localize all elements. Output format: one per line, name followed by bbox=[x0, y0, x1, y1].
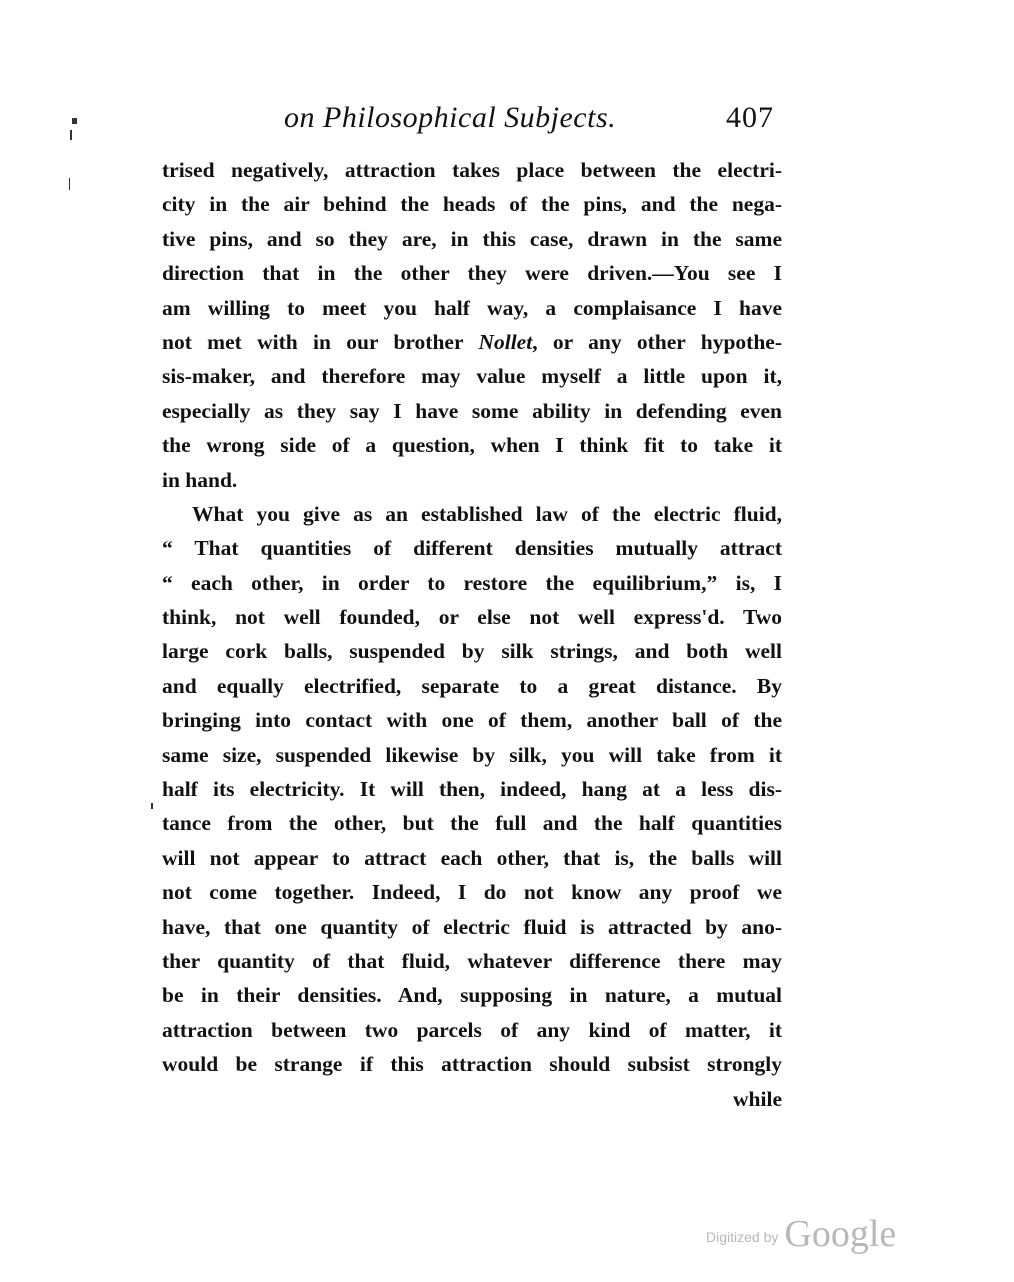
text-line: am willing to meet you half way, a compl… bbox=[162, 291, 782, 325]
margin-speck bbox=[72, 118, 77, 124]
margin-speck bbox=[151, 803, 153, 809]
text-fragment: , or any other hypothe- bbox=[532, 330, 782, 354]
google-logo-text: Google bbox=[784, 1213, 896, 1255]
text-line: large cork balls, suspended by silk stri… bbox=[162, 634, 782, 668]
text-line: would be strange if this attraction shou… bbox=[162, 1047, 782, 1081]
text-line: bringing into contact with one of them, … bbox=[162, 703, 782, 737]
italic-name: Nollet bbox=[478, 330, 532, 354]
margin-speck bbox=[69, 178, 70, 190]
paragraph-start-line: What you give as an established law of t… bbox=[162, 497, 782, 531]
scanned-book-page: on Philosophical Subjects. 407 trised ne… bbox=[0, 0, 1014, 1282]
text-line: half its electricity. It will then, inde… bbox=[162, 772, 782, 806]
digitized-by-google-watermark: Digitized by Google bbox=[706, 1212, 896, 1256]
text-line: not met with in our brother Nollet, or a… bbox=[162, 325, 782, 359]
text-line: “ each other, in order to restore the eq… bbox=[162, 566, 782, 600]
text-line: trised negatively, attraction takes plac… bbox=[162, 153, 782, 187]
margin-speck bbox=[70, 130, 72, 140]
text-line: have, that one quantity of electric flui… bbox=[162, 910, 782, 944]
text-line: same size, suspended likewise by silk, y… bbox=[162, 738, 782, 772]
text-line: tive pins, and so they are, in this case… bbox=[162, 222, 782, 256]
text-line: the wrong side of a question, when I thi… bbox=[162, 428, 782, 462]
page-number: 407 bbox=[726, 96, 774, 140]
text-line: not come together. Indeed, I do not know… bbox=[162, 875, 782, 909]
body-text: trised negatively, attraction takes plac… bbox=[162, 153, 782, 1116]
text-line: sis-maker, and therefore may value mysel… bbox=[162, 359, 782, 393]
text-line: attraction between two parcels of any ki… bbox=[162, 1013, 782, 1047]
text-line: think, not well founded, or else not wel… bbox=[162, 600, 782, 634]
text-line: in hand. bbox=[162, 463, 782, 497]
running-head: on Philosophical Subjects. 407 bbox=[160, 96, 782, 140]
text-line: be in their densities. And, supposing in… bbox=[162, 978, 782, 1012]
text-line: tance from the other, but the full and t… bbox=[162, 806, 782, 840]
text-line: will not appear to attract each other, t… bbox=[162, 841, 782, 875]
text-fragment: not met with in our brother bbox=[162, 330, 478, 354]
running-title: on Philosophical Subjects. bbox=[284, 96, 616, 140]
text-line: especially as they say I have some abili… bbox=[162, 394, 782, 428]
text-line: ther quantity of that fluid, whatever di… bbox=[162, 944, 782, 978]
text-line: city in the air behind the heads of the … bbox=[162, 187, 782, 221]
text-line: and equally electrified, separate to a g… bbox=[162, 669, 782, 703]
catchword: while bbox=[162, 1082, 782, 1116]
text-line: “ That quantities of different densities… bbox=[162, 531, 782, 565]
watermark-prefix: Digitized by bbox=[706, 1229, 778, 1245]
text-line: direction that in the other they were dr… bbox=[162, 256, 782, 290]
